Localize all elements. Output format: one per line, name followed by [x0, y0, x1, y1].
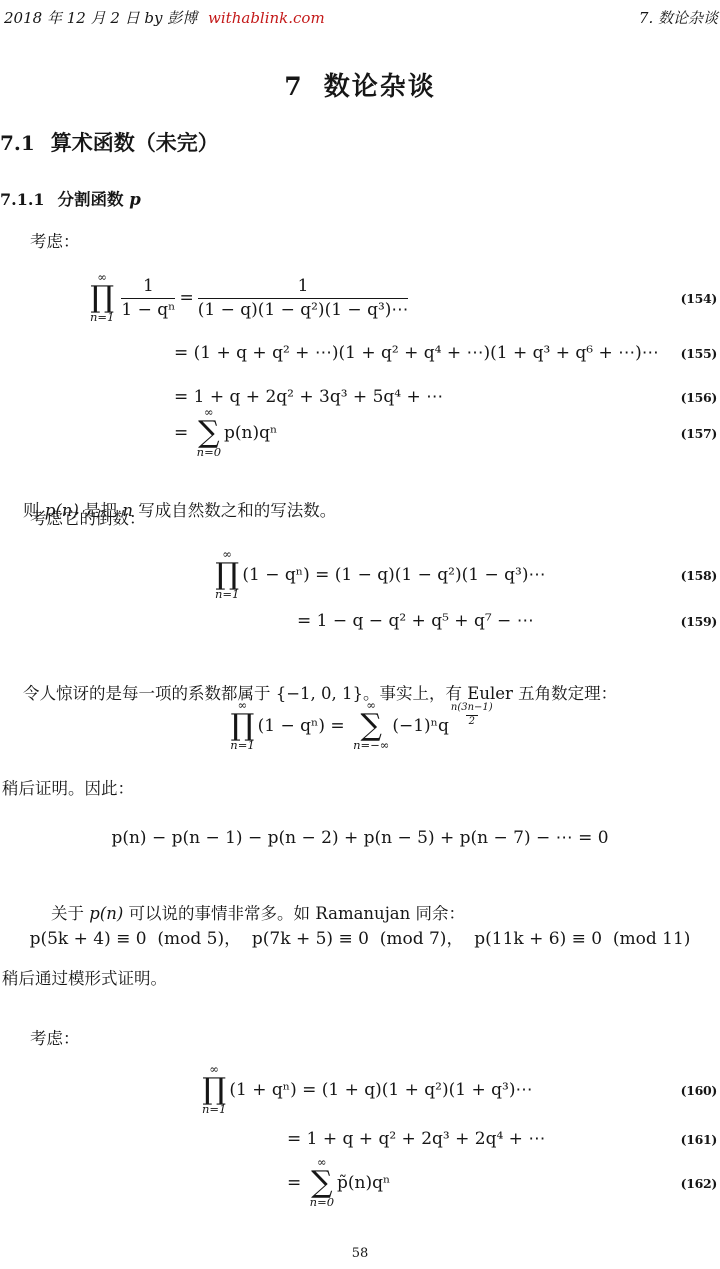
sum-symbol: ∑ — [361, 712, 382, 741]
section-heading: 7.1算术函数（未完） — [0, 127, 219, 157]
product-operator: ∞ ∏ n=1 — [202, 1064, 226, 1116]
chapter-title-text: 数论杂谈 — [324, 72, 436, 102]
equation-recurrence: p(n) − p(n − 1) − p(n − 2) + p(n − 5) + … — [0, 824, 720, 852]
document-page: 2018 年 12 月 2 日 by 彭博 withablink.com 7. … — [0, 0, 720, 1269]
equation-body: (1 − qⁿ) = (1 − q)(1 − q²)(1 − q³)⋯ — [242, 565, 545, 585]
product-operator: ∞ ∏ n=1 — [215, 549, 239, 601]
limit-bottom: n=1 — [90, 312, 114, 324]
subsection-heading: 7.1.1分割函数 p — [0, 186, 141, 210]
sum-operator: ∞ ∑ n=−∞ — [353, 700, 389, 752]
sum-symbol: ∑ — [198, 419, 219, 448]
sum-symbol: ∑ — [311, 1169, 332, 1198]
equation-body: p(5k + 4) ≡ 0 (mod 5)， p(7k + 5) ≡ 0 (mo… — [30, 924, 691, 949]
fraction: 1 1 − qⁿ — [121, 275, 175, 322]
equals-sign: = — [174, 423, 194, 443]
fraction: 1 (1 − q)(1 − q²)(1 − q³)⋯ — [198, 275, 409, 322]
section-number: 7.1 — [0, 131, 35, 155]
limit-bottom: n=1 — [215, 589, 239, 601]
fraction-denominator: 2 — [466, 715, 478, 729]
equation-lhs: (1 − qⁿ) = — [258, 716, 350, 736]
limit-bottom: n=1 — [230, 740, 254, 752]
paragraph-modular-forms: 稍后通过模形式证明。 — [2, 966, 167, 991]
product-symbol: ∏ — [231, 712, 255, 741]
equation-number: (155) — [681, 346, 717, 361]
limit-bottom: n=−∞ — [353, 740, 389, 752]
header-site-link[interactable]: withablink.com — [208, 9, 325, 27]
equation-161: = 1 + q + q² + 2q³ + 2q⁴ + ⋯ (161) — [0, 1126, 720, 1152]
product-operator: ∞ ∏ n=1 — [230, 700, 254, 752]
math-inline: p(n) — [89, 904, 123, 923]
product-symbol: ∏ — [90, 284, 114, 313]
equation-body: = (1 + q + q² + ⋯)(1 + q² + q⁴ + ⋯)(1 + … — [174, 343, 659, 363]
equation-pentagonal: ∞ ∏ n=1 (1 − qⁿ) = ∞ ∑ n=−∞ (−1)ⁿq n(3n−… — [0, 694, 720, 758]
equation-rhs: (−1)ⁿq — [392, 716, 449, 736]
equation-154: ∞ ∏ n=1 1 1 − qⁿ = 1 (1 − q)(1 − q²)(1 −… — [0, 263, 720, 333]
equation-body: = 1 − q − q² + q⁵ + q⁷ − ⋯ — [297, 611, 534, 631]
equals-sign: = — [179, 288, 193, 308]
equation-number: (158) — [681, 568, 717, 583]
equation-number: (161) — [681, 1132, 717, 1147]
chapter-number: 7 — [284, 72, 301, 101]
equation-ramanujan: p(5k + 4) ≡ 0 (mod 5)， p(7k + 5) ≡ 0 (mo… — [0, 922, 720, 950]
paragraph-consider-1: 考虑： — [30, 229, 80, 254]
equation-159: = 1 − q − q² + q⁵ + q⁷ − ⋯ (159) — [0, 608, 720, 634]
paragraph-reciprocal: 考虑它的倒数： — [30, 506, 146, 531]
chapter-title: 7数论杂谈 — [0, 66, 720, 103]
page-number: 58 — [0, 1246, 720, 1261]
exponent-fraction: n(3n−1) 2 — [451, 702, 493, 728]
text-segment: 同余： — [410, 904, 465, 923]
equation-number: (160) — [681, 1083, 717, 1098]
sum-operator: ∞ ∑ n=0 — [310, 1157, 334, 1209]
paragraph-later-proof: 稍后证明。因此： — [2, 776, 134, 801]
proper-name: Ramanujan — [315, 904, 410, 923]
text-segment: 可以说的事情非常多。如 — [123, 904, 315, 923]
equation-158: ∞ ∏ n=1 (1 − qⁿ) = (1 − q)(1 − q²)(1 − q… — [0, 546, 720, 604]
limit-bottom: n=1 — [202, 1104, 226, 1116]
equation-155: = (1 + q + q² + ⋯)(1 + q² + q⁴ + ⋯)(1 + … — [0, 340, 720, 366]
equation-number: (157) — [681, 426, 717, 441]
equation-body: p(n)qⁿ — [224, 423, 277, 443]
fraction-denominator: 1 − qⁿ — [121, 298, 175, 322]
equation-157: = ∞ ∑ n=0 p(n)qⁿ (157) — [0, 402, 720, 464]
fraction-numerator: n(3n−1) — [451, 702, 493, 715]
fraction-numerator: 1 — [298, 275, 309, 298]
equation-body: (1 + qⁿ) = (1 + q)(1 + q²)(1 + q³)⋯ — [229, 1080, 532, 1100]
equation-body: p̃(n)qⁿ — [337, 1173, 390, 1193]
sum-operator: ∞ ∑ n=0 — [197, 407, 221, 459]
product-operator: ∞ ∏ n=1 — [90, 272, 114, 324]
equation-number: (159) — [681, 614, 717, 629]
equation-body: p(n) − p(n − 1) − p(n − 2) + p(n − 5) + … — [111, 828, 608, 848]
fraction-numerator: 1 — [143, 275, 154, 298]
header-chapter-label: 7. 数论杂谈 — [639, 7, 718, 28]
equation-162: = ∞ ∑ n=0 p̃(n)qⁿ (162) — [0, 1152, 720, 1214]
subsection-title-text: 分割函数 — [58, 190, 130, 209]
product-symbol: ∏ — [215, 561, 239, 590]
text-segment: 写成自然数之和的写法数。 — [133, 501, 336, 520]
equation-number: (162) — [681, 1176, 717, 1191]
header-date: 2018 年 12 月 2 日 by 彭博 — [4, 9, 197, 27]
section-title-text: 算术函数（未完） — [51, 131, 219, 155]
limit-bottom: n=0 — [310, 1197, 334, 1209]
equation-body: = 1 + q + q² + 2q³ + 2q⁴ + ⋯ — [287, 1129, 545, 1149]
equals-sign: = — [287, 1173, 307, 1193]
equation-number: (154) — [681, 291, 717, 306]
header-left: 2018 年 12 月 2 日 by 彭博 withablink.com — [4, 7, 325, 28]
fraction-denominator: (1 − q)(1 − q²)(1 − q³)⋯ — [198, 298, 409, 322]
product-symbol: ∏ — [202, 1076, 226, 1105]
equation-160: ∞ ∏ n=1 (1 + qⁿ) = (1 + q)(1 + q²)(1 + q… — [0, 1061, 720, 1119]
page-header: 2018 年 12 月 2 日 by 彭博 withablink.com 7. … — [4, 7, 718, 28]
subsection-number: 7.1.1 — [0, 190, 45, 209]
paragraph-consider-2: 考虑： — [30, 1026, 80, 1051]
text-segment: 关于 — [51, 904, 89, 923]
subsection-math-var: p — [129, 190, 141, 209]
limit-bottom: n=0 — [197, 447, 221, 459]
